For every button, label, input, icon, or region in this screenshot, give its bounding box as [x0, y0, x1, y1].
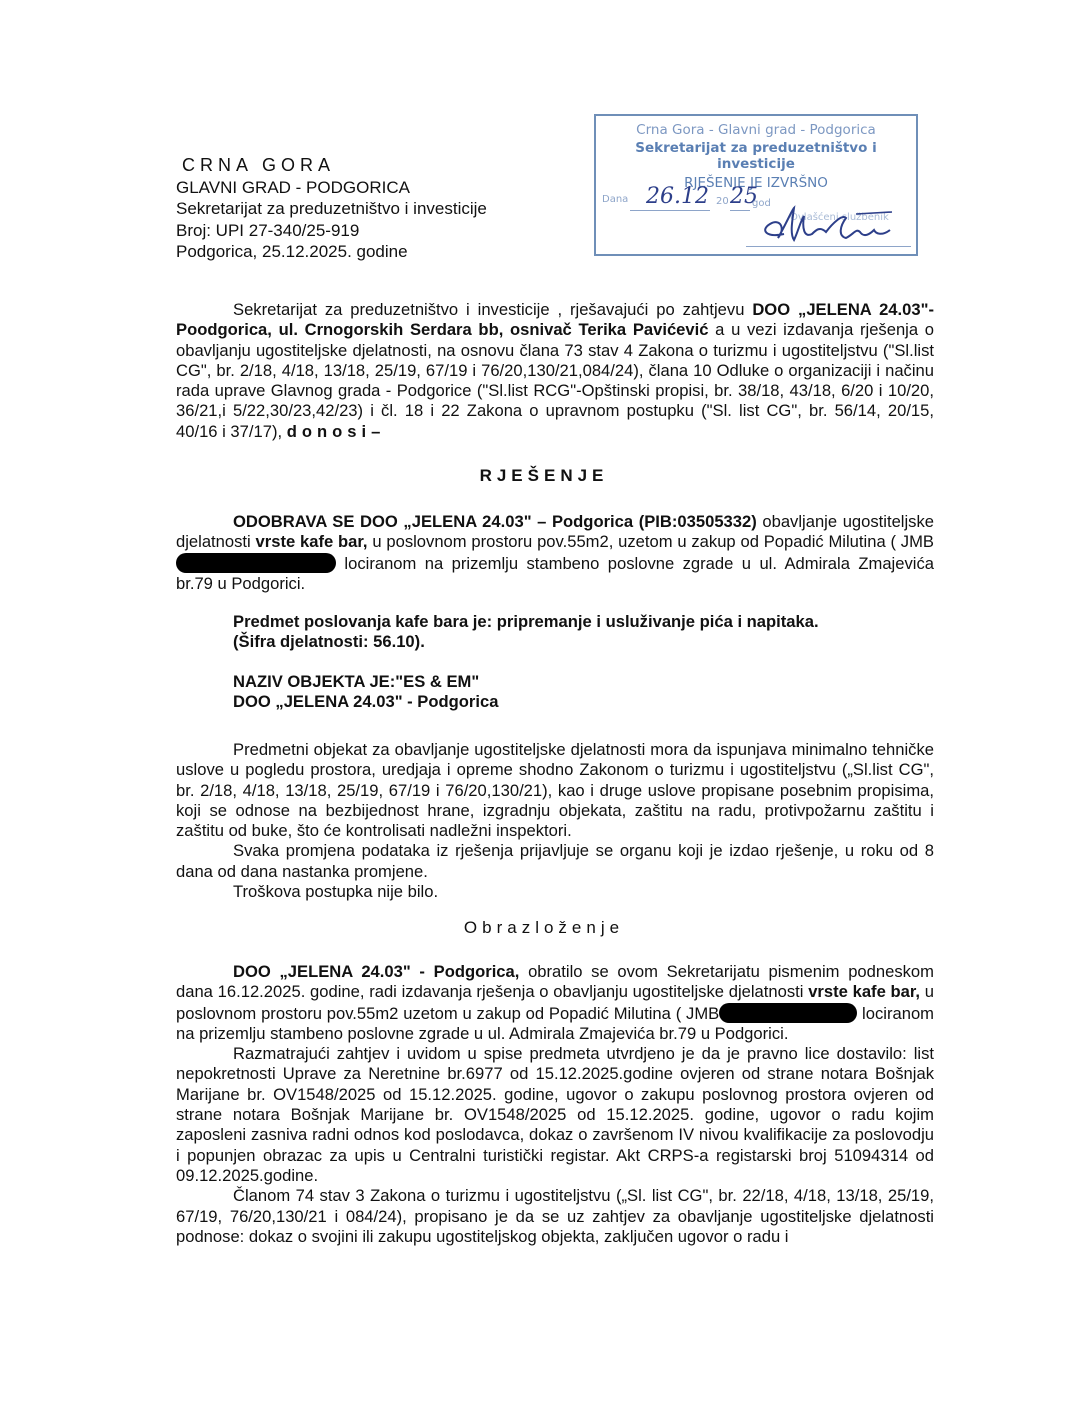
- enforceability-stamp: Crna Gora - Glavni grad - Podgorica Sekr…: [594, 114, 918, 256]
- redaction-block: [719, 1003, 857, 1023]
- department-name: Sekretarijat za preduzetništvo i investi…: [176, 198, 487, 220]
- subject-line-2: (Šifra djelatnosti: 56.10).: [233, 632, 933, 652]
- decision-paragraph: ODOBRAVA SE DOO „JELENA 24.03" – Podgori…: [176, 512, 934, 594]
- business-subject: Predmet poslovanja kafe bara je: priprem…: [233, 612, 933, 653]
- case-number: Broj: UPI 27-340/25-919: [176, 220, 487, 242]
- conditions-block: Predmetni objekat za obavljanje ugostite…: [176, 740, 934, 902]
- country-name: CRNA GORA: [176, 155, 487, 177]
- object-company: DOO „JELENA 24.03" - Podgorica: [233, 692, 933, 712]
- document-header: CRNA GORA GLAVNI GRAD - PODGORICA Sekret…: [176, 155, 487, 263]
- signature-icon: [756, 204, 896, 250]
- document-page: CRNA GORA GLAVNI GRAD - PODGORICA Sekret…: [0, 0, 1088, 1408]
- approval-statement: ODOBRAVA SE DOO „JELENA 24.03" – Podgori…: [233, 512, 757, 531]
- subject-line-1: Predmet poslovanja kafe bara je: priprem…: [233, 612, 933, 632]
- redaction-block: [176, 553, 336, 573]
- activity-type: vrste kafe bar,: [256, 532, 368, 551]
- stamp-year-line: [730, 210, 750, 211]
- reasoning-block: DOO „JELENA 24.03" - Podgorica, obratilo…: [176, 962, 934, 1247]
- intro-paragraph: Sekretarijat za preduzetništvo i investi…: [176, 300, 934, 442]
- evidence-paragraph: Razmatrajući zahtjev i uvidom u spise pr…: [176, 1044, 934, 1186]
- stamp-date-value: 26.12: [646, 184, 709, 209]
- stamp-line-2: Sekretarijat za preduzetništvo i investi…: [596, 140, 916, 172]
- stamp-line-1: Crna Gora - Glavni grad - Podgorica: [596, 122, 916, 138]
- place-date: Podgorica, 25.12.2025. godine: [176, 241, 487, 263]
- stamp-year-prefix: 20: [716, 196, 729, 207]
- intro-text-1: Sekretarijat za preduzetništvo i investi…: [233, 300, 752, 319]
- stamp-date-line: [630, 210, 710, 211]
- reasoning-activity-type: vrste kafe bar,: [808, 982, 920, 1001]
- donosi-word: donosi–: [287, 422, 386, 441]
- reasoning-applicant: DOO „JELENA 24.03" - Podgorica,: [233, 962, 519, 981]
- changes-paragraph: Svaka promjena podataka iz rješenja prij…: [176, 841, 934, 882]
- decision-text-b: u poslovnom prostoru pov.55m2, uzetom u …: [368, 532, 934, 551]
- object-name: NAZIV OBJEKTA JE:"ES & EM": [233, 672, 933, 692]
- city-name: GLAVNI GRAD - PODGORICA: [176, 177, 487, 199]
- costs-paragraph: Troškova postupka nije bilo.: [176, 882, 934, 902]
- stamp-dana-label: Dana: [602, 194, 628, 205]
- object-name-block: NAZIV OBJEKTA JE:"ES & EM" DOO „JELENA 2…: [233, 672, 933, 713]
- decision-title: RJEŠENJE: [0, 466, 1088, 486]
- law-reference-paragraph: Članom 74 stav 3 Zakona o turizmu i ugos…: [176, 1186, 934, 1247]
- conditions-paragraph: Predmetni objekat za obavljanje ugostite…: [176, 740, 934, 841]
- reasoning-title: Obrazloženje: [0, 918, 1088, 938]
